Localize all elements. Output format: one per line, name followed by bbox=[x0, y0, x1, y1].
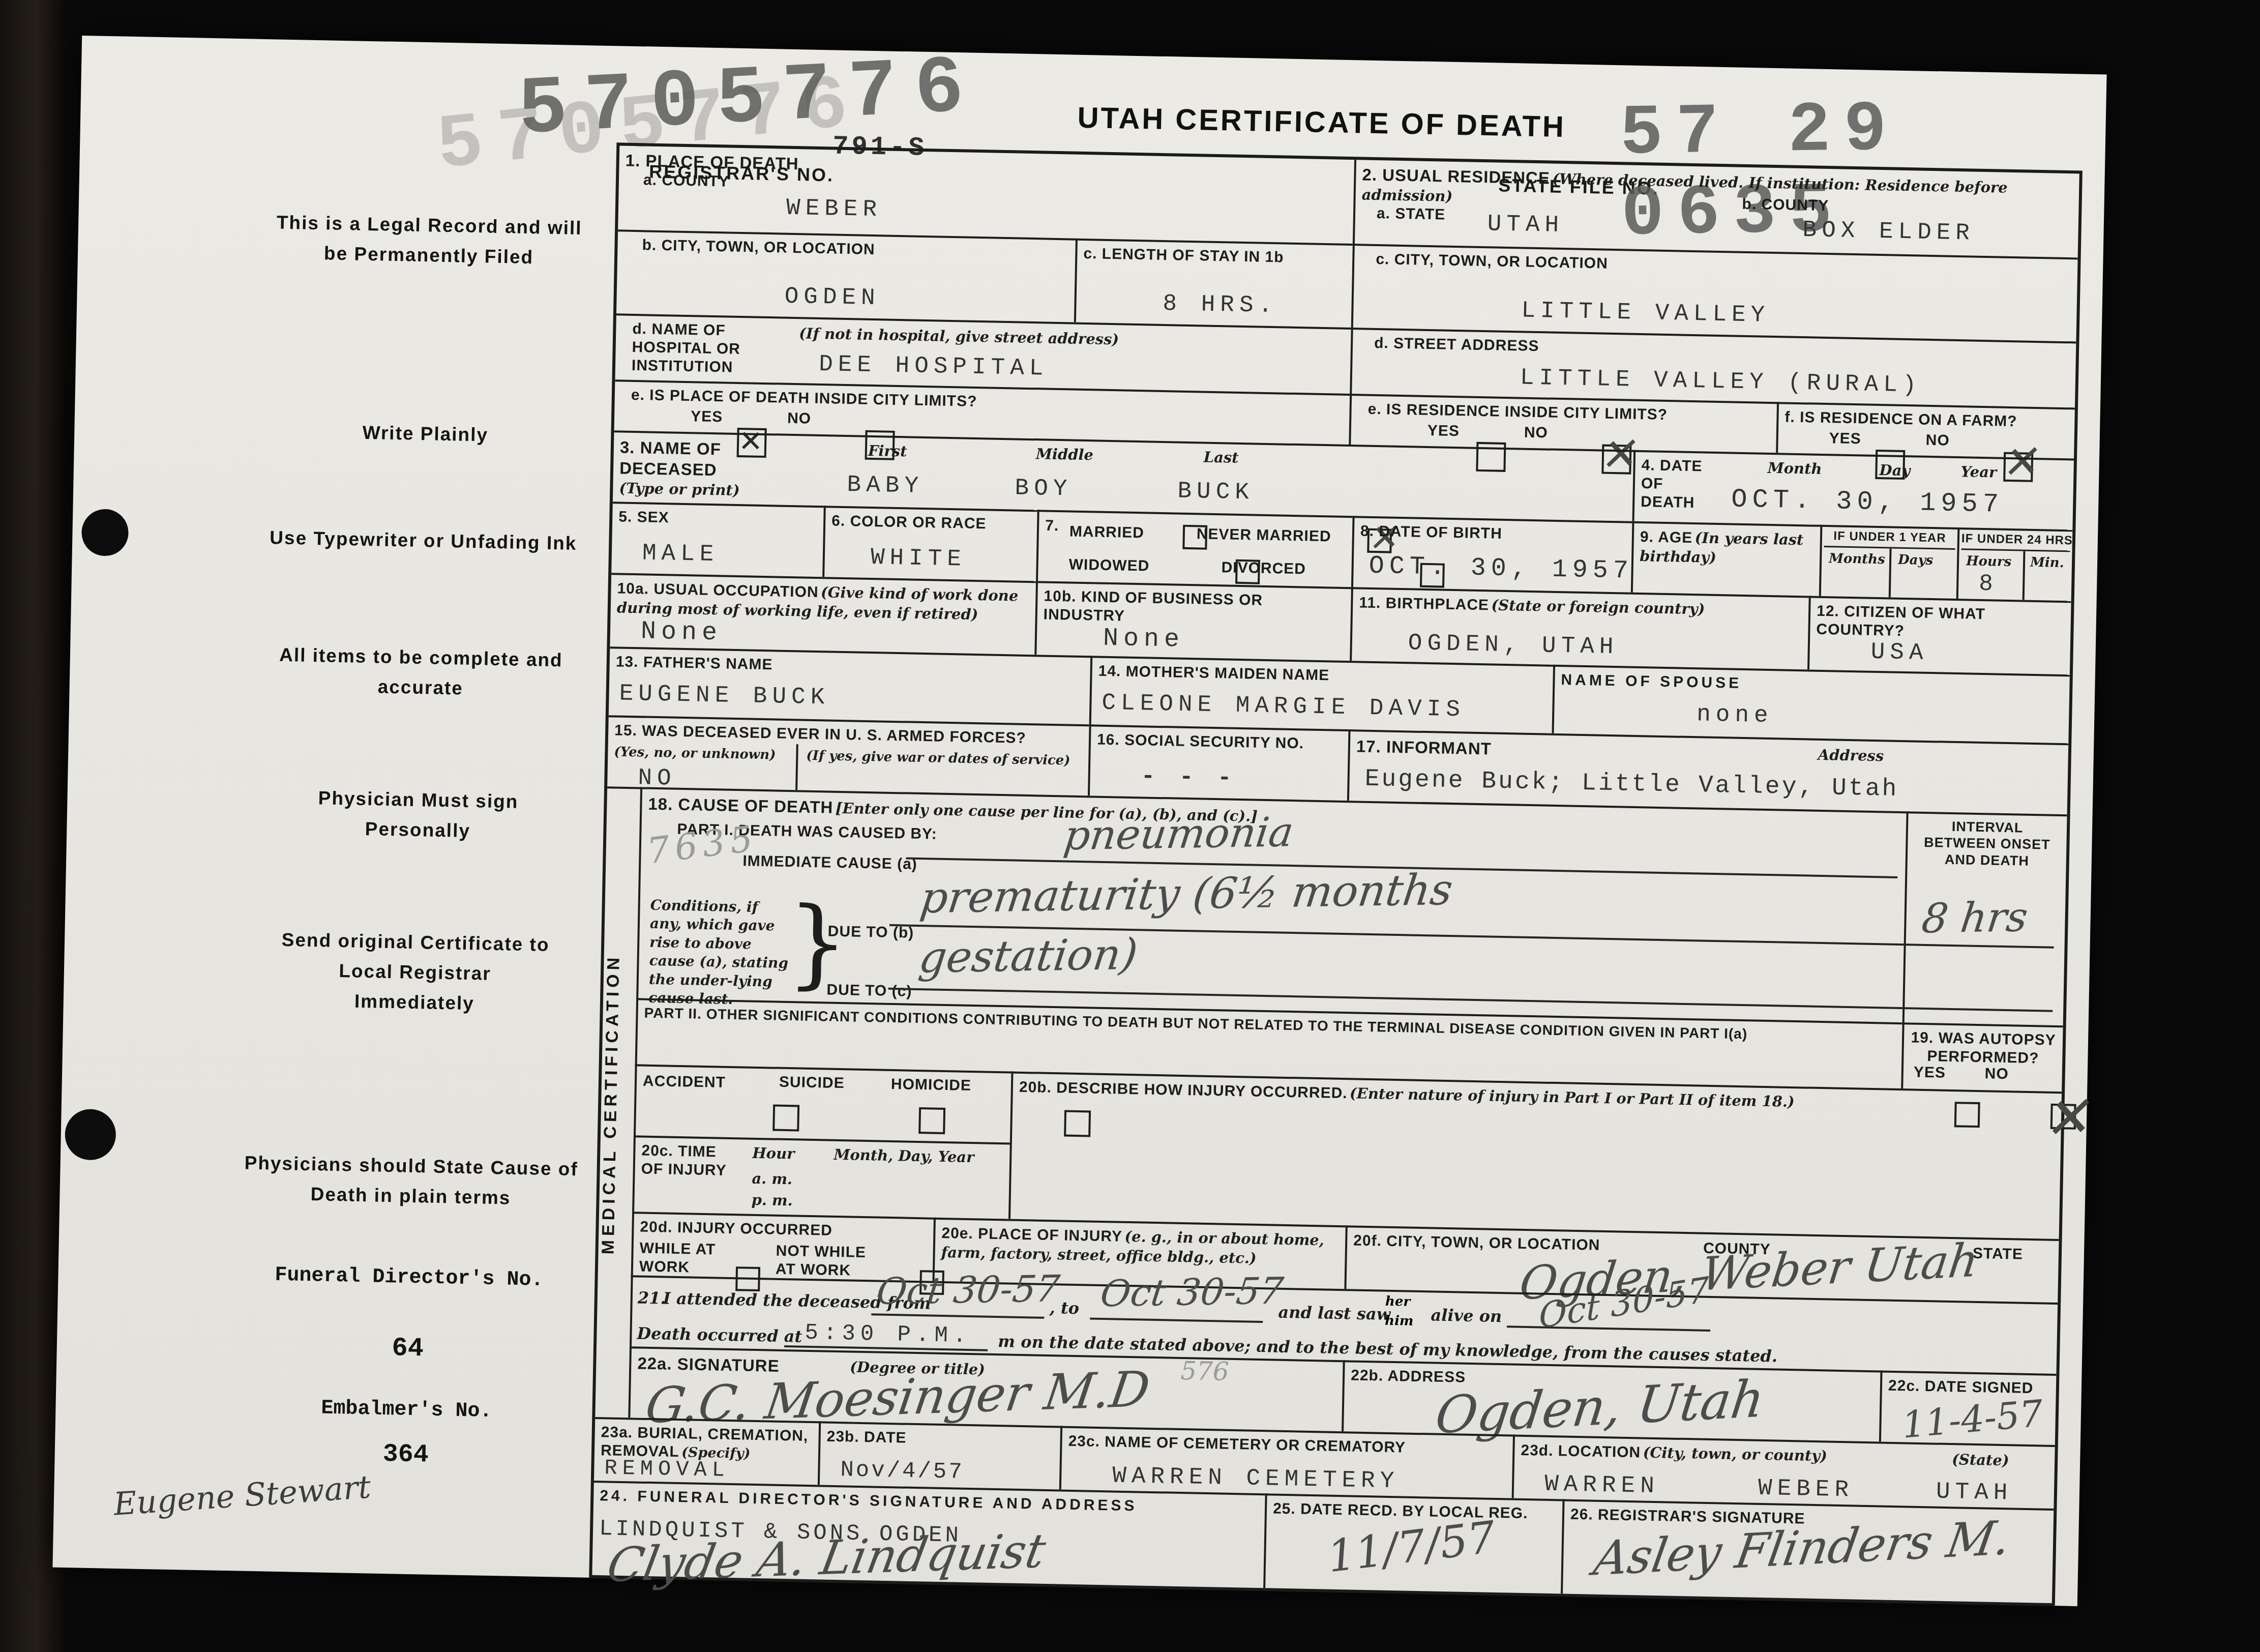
field-9-hours-min-divider bbox=[2023, 551, 2026, 600]
field-20a-homicide-label: HOMICIDE bbox=[891, 1075, 972, 1095]
field-9-under-24-hrs: IF UNDER 24 HRS. Hours Min. 8 bbox=[1956, 527, 2073, 601]
field-21-saw-label: and last saw bbox=[1278, 1302, 1390, 1325]
field-14-value[interactable]: CLEONE MARGIE DAVIS bbox=[1102, 690, 1465, 723]
field-9-min-label: Min. bbox=[2030, 554, 2064, 572]
field-1b-city: b. CITY, TOWN, OR LOCATION OGDEN bbox=[616, 229, 1076, 322]
field-21-num: 21. bbox=[637, 1287, 666, 1309]
field-3-first-value[interactable]: BABY bbox=[847, 471, 924, 499]
field-1e-no-label: NO bbox=[787, 409, 812, 428]
field-12-citizen: 12. CITIZEN OF WHAT COUNTRY? USA bbox=[1807, 596, 2071, 674]
field-21-alive-label: alive on bbox=[1431, 1305, 1502, 1327]
field-6-color-or-race: 6. COLOR OR RACE WHITE bbox=[822, 506, 1037, 581]
field-7-widowed-label: WIDOWED bbox=[1068, 556, 1149, 576]
field-3-title: 3. NAME OF DECEASED bbox=[619, 437, 758, 482]
field-7-never-married-label: NEVER MARRIED bbox=[1197, 525, 1331, 546]
field-12-value[interactable]: USA bbox=[1870, 639, 1928, 666]
field-26-registrar-signature: 26. REGISTRAR'S SIGNATURE Asley Flinders… bbox=[1561, 1499, 2054, 1603]
field-10b-label: 10b. KIND OF BUSINESS OR INDUSTRY bbox=[1043, 587, 1345, 630]
field-15-label: 15. WAS DECEASED EVER IN U. S. ARMED FOR… bbox=[614, 721, 1083, 749]
field-9-under-1-year: IF UNDER 1 YEAR Months Days bbox=[1819, 525, 1958, 599]
field-1c-value[interactable]: 8 HRS. bbox=[1163, 290, 1278, 319]
field-1d-value[interactable]: DEE HOSPITAL bbox=[819, 351, 1049, 382]
field-15-note-1: (Yes, no, or unknown) bbox=[614, 744, 776, 764]
field-20b-label: 20b. DESCRIBE HOW INJURY OCCURRED. bbox=[1019, 1079, 1348, 1102]
field-2f-yes-label: YES bbox=[1829, 429, 1861, 448]
field-23b-value[interactable]: Nov/4/57 bbox=[840, 1457, 964, 1485]
field-4-month-label: Month bbox=[1767, 459, 1822, 479]
margin-plain-terms-note: Physicians should State Cause of Death i… bbox=[222, 1147, 600, 1215]
field-20b-note: (Enter nature of injury in Part I or Par… bbox=[1350, 1084, 1795, 1110]
field-11-value[interactable]: OGDEN, UTAH bbox=[1408, 630, 1619, 660]
margin-complete-note: All items to be complete and accurate bbox=[267, 639, 574, 705]
field-22b-address: 22b. ADDRESS Ogden, Utah bbox=[1342, 1360, 1880, 1441]
field-16-ssn: 16. SOCIAL SECURITY NO. - - - bbox=[1088, 724, 1349, 801]
field-20c-am-label: a. m. bbox=[752, 1169, 792, 1189]
field-4-date-of-death: 4. DATE OF DEATH Month Day Year OCT. 30,… bbox=[1632, 450, 2074, 530]
field-1b-value[interactable]: OGDEN bbox=[784, 283, 880, 312]
field-2b-label: b. COUNTY bbox=[1742, 195, 1829, 215]
field-21-from-value[interactable]: Oct 30-57 bbox=[874, 1267, 1062, 1313]
field-1c-label: c. LENGTH OF STAY IN 1b bbox=[1083, 245, 1347, 268]
field-18-conditions-note: Conditions, if any, which gave rise to a… bbox=[648, 896, 793, 1010]
field-1c-length-of-stay: c. LENGTH OF STAY IN 1b 8 HRS. bbox=[1074, 239, 1353, 328]
field-1b-label: b. CITY, TOWN, OR LOCATION bbox=[642, 236, 1069, 262]
field-22a-stamp-576: 576 bbox=[1180, 1356, 1230, 1386]
field-19-no-label: NO bbox=[1984, 1065, 2009, 1083]
field-5-sex: 5. SEX MALE bbox=[611, 501, 824, 577]
field-8-label: 8. DATE OF BIRTH bbox=[1360, 522, 1626, 545]
certificate-form-grid: 1. PLACE OF DEATH a. COUNTY WEBER b. CIT… bbox=[589, 142, 2083, 1606]
field-12-label: 12. CITIZEN OF WHAT COUNTRY? bbox=[1816, 602, 2065, 643]
field-21-to-line bbox=[1090, 1318, 1263, 1323]
field-20c-mdy-label: Month, Day, Year bbox=[834, 1145, 974, 1167]
field-2b-value[interactable]: BOX ELDER bbox=[1802, 217, 1975, 246]
field-2c-label: c. CITY, TOWN, OR LOCATION bbox=[1376, 250, 2071, 282]
field-2f-label: f. IS RESIDENCE ON A FARM? bbox=[1785, 408, 2069, 432]
embalmers-no-value: 364 bbox=[222, 1432, 589, 1478]
field-20d-at-work-label: WHILE AT WORK bbox=[639, 1240, 726, 1278]
field-5-label: 5. SEX bbox=[618, 508, 818, 529]
field-18-interval-label: INTERVAL BETWEEN ONSET AND DEATH bbox=[1914, 818, 2061, 870]
field-24-label: 24. FUNERAL DIRECTOR'S SIGNATURE AND ADD… bbox=[600, 1487, 1259, 1518]
field-10a-value[interactable]: None bbox=[640, 617, 722, 647]
certificate-paper: This is a Legal Record and will be Perma… bbox=[52, 36, 2106, 1606]
field-7-married-label: MARRIED bbox=[1069, 523, 1145, 543]
field-1d-note: (If not in hospital, give street address… bbox=[799, 324, 1119, 349]
field-1a-value[interactable]: WEBER bbox=[786, 195, 882, 223]
field-19-label: 19. WAS AUTOPSY PERFORMED? bbox=[1910, 1028, 2057, 1068]
field-23d-state-value[interactable]: UTAH bbox=[1936, 1479, 2012, 1507]
field-13-fathers-name: 13. FATHER'S NAME EUGENE BUCK bbox=[609, 646, 1090, 724]
field-23d-state-note: (State) bbox=[1952, 1450, 2009, 1470]
field-22a-signature: 22a. SIGNATURE (Degree or title) 576 G.C… bbox=[628, 1346, 1343, 1431]
field-15-inner-divider bbox=[795, 744, 798, 790]
field-20a-accident-checkbox[interactable] bbox=[773, 1105, 800, 1132]
field-21-her-label: her bbox=[1385, 1295, 1411, 1309]
field-2f-farm: f. IS RESIDENCE ON A FARM? YES NO ✕ bbox=[1776, 402, 2075, 458]
field-21-from-line bbox=[871, 1313, 1044, 1319]
field-17-informant: 17. INFORMANT Address Eugene Buck; Littl… bbox=[1347, 729, 2068, 814]
field-17-value[interactable]: Eugene Buck; Little Valley, Utah bbox=[1364, 765, 1899, 803]
field-3-last-value[interactable]: BUCK bbox=[1177, 478, 1254, 506]
field-6-label: 6. COLOR OR RACE bbox=[831, 512, 1031, 535]
field-15-note-2: (If yes, give war or dates of service) bbox=[806, 748, 1070, 770]
field-20d-label: 20d. INJURY OCCURRED bbox=[640, 1218, 928, 1242]
field-2e-yes-label: YES bbox=[1428, 422, 1460, 440]
field-22c-value[interactable]: 11-4-57 bbox=[1900, 1392, 2045, 1446]
field-25-label: 25. DATE RECD. BY LOCAL REG. bbox=[1273, 1500, 1557, 1524]
field-9-months-label: Months bbox=[1829, 550, 1885, 569]
field-4-day-label: Day bbox=[1879, 461, 1911, 481]
field-2f-no-label: NO bbox=[1925, 431, 1950, 450]
field-9-months-days-divider bbox=[1889, 548, 1892, 597]
field-9-hours-value[interactable]: 8 bbox=[1979, 571, 1999, 598]
field-7-divorced-label: DIVORCED bbox=[1221, 558, 1306, 578]
field-9-hours-label: Hours bbox=[1966, 553, 2012, 571]
field-25-value[interactable]: 11/7/57 bbox=[1325, 1512, 1498, 1582]
field-23d-city-value[interactable]: WARREN bbox=[1544, 1471, 1660, 1499]
field-18-immediate-cause-label: IMMEDIATE CAUSE (a) bbox=[742, 852, 917, 874]
field-2-title: 2. USUAL RESIDENCE bbox=[1362, 165, 1550, 187]
field-22a-label: 22a. SIGNATURE bbox=[637, 1354, 780, 1375]
field-20d-not-at-work-label: NOT WHILE AT WORK bbox=[776, 1242, 878, 1281]
field-20a-suicide-checkbox[interactable] bbox=[918, 1107, 945, 1134]
field-spouse-name: NAME OF SPOUSE none bbox=[1552, 665, 2069, 743]
field-9-label: 9. AGE bbox=[1640, 528, 1693, 546]
field-2e-no-label: NO bbox=[1524, 424, 1548, 442]
field-2e-city-limits: e. IS RESIDENCE INSIDE CITY LIMITS? YES … bbox=[1349, 394, 1777, 453]
field-22c-date-signed: 22c. DATE SIGNED 11-4-57 bbox=[1879, 1370, 2057, 1445]
embalmers-no-label: Embalmer's No. bbox=[223, 1392, 590, 1429]
field-1e-yes-label: YES bbox=[691, 407, 723, 426]
field-9-under-1-year-label: IF UNDER 1 YEAR bbox=[1824, 529, 1956, 550]
margin-send-original-note: Send original Certificate to Local Regis… bbox=[277, 925, 553, 1020]
punch-hole-bottom bbox=[65, 1109, 116, 1161]
field-23d-label: 23d. LOCATION bbox=[1521, 1442, 1641, 1461]
field-2-usual-residence: 2. USUAL RESIDENCE (Where deceased lived… bbox=[1353, 160, 2079, 257]
field-20a-accident-label: ACCIDENT bbox=[643, 1073, 726, 1091]
field-23d-note: (City, town, or county) bbox=[1643, 1443, 1827, 1464]
field-spouse-value[interactable]: none bbox=[1697, 701, 1773, 729]
field-9-under-24-hrs-label: IF UNDER 24 HRS. bbox=[1961, 532, 2071, 552]
field-19-autopsy: 19. WAS AUTOPSY PERFORMED? YES NO ✕ bbox=[1901, 1022, 2063, 1091]
field-20c-hour-label: Hour bbox=[752, 1144, 795, 1164]
field-1-place-of-death: 1. PLACE OF DEATH a. COUNTY WEBER bbox=[618, 145, 1354, 244]
field-23c-value[interactable]: WARREN CEMETERY bbox=[1112, 1462, 1400, 1494]
field-13-value[interactable]: EUGENE BUCK bbox=[619, 681, 830, 711]
field-3-middle-label: Middle bbox=[1035, 445, 1093, 465]
interval-handwritten[interactable]: 8 hrs bbox=[1919, 893, 2031, 942]
field-5-value[interactable]: MALE bbox=[642, 540, 719, 568]
field-15-armed-forces: 15. WAS DECEASED EVER IN U. S. ARMED FOR… bbox=[607, 715, 1089, 795]
field-10b-value[interactable]: None bbox=[1103, 624, 1184, 655]
field-16-value[interactable]: - - - bbox=[1141, 763, 1237, 791]
cause-a-handwritten[interactable]: pneumonia bbox=[1061, 808, 1296, 859]
field-7-marital-status: 7. MARRIED NEVER MARRIED ✕ WIDOWED DIVOR… bbox=[1036, 510, 1353, 587]
field-10a-occupation: 10a. USUAL OCCUPATION (Give kind of work… bbox=[610, 573, 1036, 655]
field-20a-manner: ACCIDENT SUICIDE HOMICIDE bbox=[634, 1064, 1012, 1142]
margin-legal-record-note: This is a Legal Record and will be Perma… bbox=[266, 207, 592, 274]
field-20f-label: 20f. CITY, TOWN, OR LOCATION bbox=[1353, 1232, 1600, 1253]
field-11-note: (State or foreign country) bbox=[1491, 596, 1705, 617]
field-9-days-label: Days bbox=[1898, 552, 1934, 570]
field-9-age: 9. AGE (In years last birthday) bbox=[1631, 521, 1821, 596]
field-14-mothers-maiden-name: 14. MOTHER'S MAIDEN NAME CLEONE MARGIE D… bbox=[1089, 656, 1553, 733]
field-10a-label: 10a. USUAL OCCUPATION bbox=[617, 580, 819, 601]
field-11-label: 11. BIRTHPLACE bbox=[1359, 594, 1489, 613]
field-4-value[interactable]: OCT. 30, 1957 bbox=[1731, 484, 2004, 519]
field-18-title: 18. CAUSE OF DEATH bbox=[648, 794, 834, 817]
field-7-num: 7. bbox=[1045, 517, 1059, 535]
field-20c-label: 20c. TIME OF INJURY bbox=[641, 1142, 733, 1180]
scanned-death-certificate: { "common": {"yes": "YES", "no": "NO", "… bbox=[0, 0, 2260, 1652]
funeral-directors-no-value: 64 bbox=[224, 1325, 591, 1372]
field-2c-city: c. CITY, TOWN, OR LOCATION LITTLE VALLEY bbox=[1351, 244, 2078, 341]
field-8-value[interactable]: OCT. 30, 1957 bbox=[1369, 552, 1633, 586]
field-2d-label: d. STREET ADDRESS bbox=[1374, 334, 2070, 366]
field-21-to-value[interactable]: Oct 30-57 bbox=[1098, 1270, 1286, 1315]
field-6-value[interactable]: WHITE bbox=[870, 544, 966, 573]
field-20a-suicide-label: SUICIDE bbox=[779, 1073, 845, 1093]
field-3-last-label: Last bbox=[1203, 448, 1239, 468]
field-10b-industry: 10b. KIND OF BUSINESS OR INDUSTRY None bbox=[1034, 581, 1351, 661]
field-24-funeral-director: 24. FUNERAL DIRECTOR'S SIGNATURE AND ADD… bbox=[592, 1481, 1265, 1588]
field-2c-value[interactable]: LITTLE VALLEY bbox=[1521, 297, 1770, 328]
field-23c-cemetery: 23c. NAME OF CEMETERY OR CREMATORY WARRE… bbox=[1059, 1426, 1513, 1498]
field-21-death-occurred-label: Death occurred at bbox=[637, 1323, 802, 1347]
field-18-due-to-c-label: DUE TO (c) bbox=[826, 981, 912, 1001]
field-13-label: 13. FATHER'S NAME bbox=[615, 653, 1084, 680]
field-20c-time-of-injury: 20c. TIME OF INJURY Hour a. m. p. m. Mon… bbox=[632, 1135, 1010, 1219]
field-11-birthplace: 11. BIRTHPLACE (State or foreign country… bbox=[1350, 587, 1809, 669]
field-21-alive-line bbox=[1507, 1325, 1710, 1332]
field-20c-pm-label: p. m. bbox=[751, 1191, 793, 1211]
field-23d-county-value[interactable]: WEBER bbox=[1758, 1475, 1854, 1503]
punch-hole-top bbox=[81, 509, 129, 556]
field-23d-location: 23d. LOCATION (City, town, or county) (S… bbox=[1512, 1435, 2055, 1509]
field-2d-value[interactable]: LITTLE VALLEY (RURAL) bbox=[1520, 364, 1922, 398]
field-21-time-value[interactable]: 5:30 P.M. bbox=[805, 1320, 972, 1349]
field-2a-value[interactable]: UTAH bbox=[1487, 211, 1564, 239]
field-20b-describe-injury: 20b. DESCRIBE HOW INJURY OCCURRED. (Ente… bbox=[1008, 1072, 2062, 1240]
field-23a-burial: 23a. BURIAL, CREMATION, REMOVAL (Specify… bbox=[594, 1417, 819, 1485]
field-3-first-label: First bbox=[868, 441, 907, 461]
funeral-directors-no-label: Funeral Director's No. bbox=[226, 1259, 592, 1297]
field-17-label: 17. INFORMANT bbox=[1356, 736, 1492, 758]
field-23c-label: 23c. NAME OF CEMETERY OR CREMATORY bbox=[1068, 1432, 1507, 1459]
field-21-him-label: him bbox=[1385, 1314, 1414, 1329]
margin-write-plainly-note: Write Plainly bbox=[262, 416, 588, 452]
margin-typewriter-note: Use Typewriter or Unfading Ink bbox=[245, 522, 602, 559]
margin-signature-eugene-stewart: Eugene Stewart bbox=[99, 1469, 385, 1523]
field-16-label: 16. SOCIAL SECURITY NO. bbox=[1097, 731, 1343, 754]
field-4-year-label: Year bbox=[1960, 462, 1997, 482]
certificate-title: UTAH CERTIFICATE OF DEATH bbox=[1077, 101, 1566, 144]
field-14-label: 14. MOTHER'S MAIDEN NAME bbox=[1098, 662, 1547, 689]
field-25-date-received: 25. DATE RECD. BY LOCAL REG. 11/7/57 bbox=[1263, 1493, 1562, 1594]
margin-physician-sign-note: Physician Must sign Personally bbox=[270, 782, 566, 847]
field-23b-label: 23b. DATE bbox=[826, 1428, 1054, 1451]
cause-c-handwritten[interactable]: gestation) bbox=[916, 929, 1141, 983]
field-spouse-label: NAME OF SPOUSE bbox=[1561, 671, 2064, 699]
field-20f-state-label: STATE bbox=[1973, 1245, 2024, 1264]
field-23b-date: 23b. DATE Nov/4/57 bbox=[818, 1421, 1060, 1489]
field-23a-value[interactable]: REMOVAL bbox=[604, 1456, 730, 1483]
cause-b-handwritten[interactable]: prematurity (6½ months bbox=[917, 865, 1455, 923]
field-1d-label: d. NAME OF HOSPITAL OR INSTITUTION bbox=[632, 320, 785, 378]
field-8-date-of-birth: 8. DATE OF BIRTH OCT. 30, 1957 bbox=[1351, 516, 1632, 593]
field-20e-label: 20e. PLACE OF INJURY bbox=[941, 1225, 1122, 1245]
field-19-yes-label: YES bbox=[1913, 1064, 1946, 1082]
field-17-address-label: Address bbox=[1818, 746, 1884, 766]
field-3-middle-value[interactable]: BOY bbox=[1015, 475, 1073, 502]
